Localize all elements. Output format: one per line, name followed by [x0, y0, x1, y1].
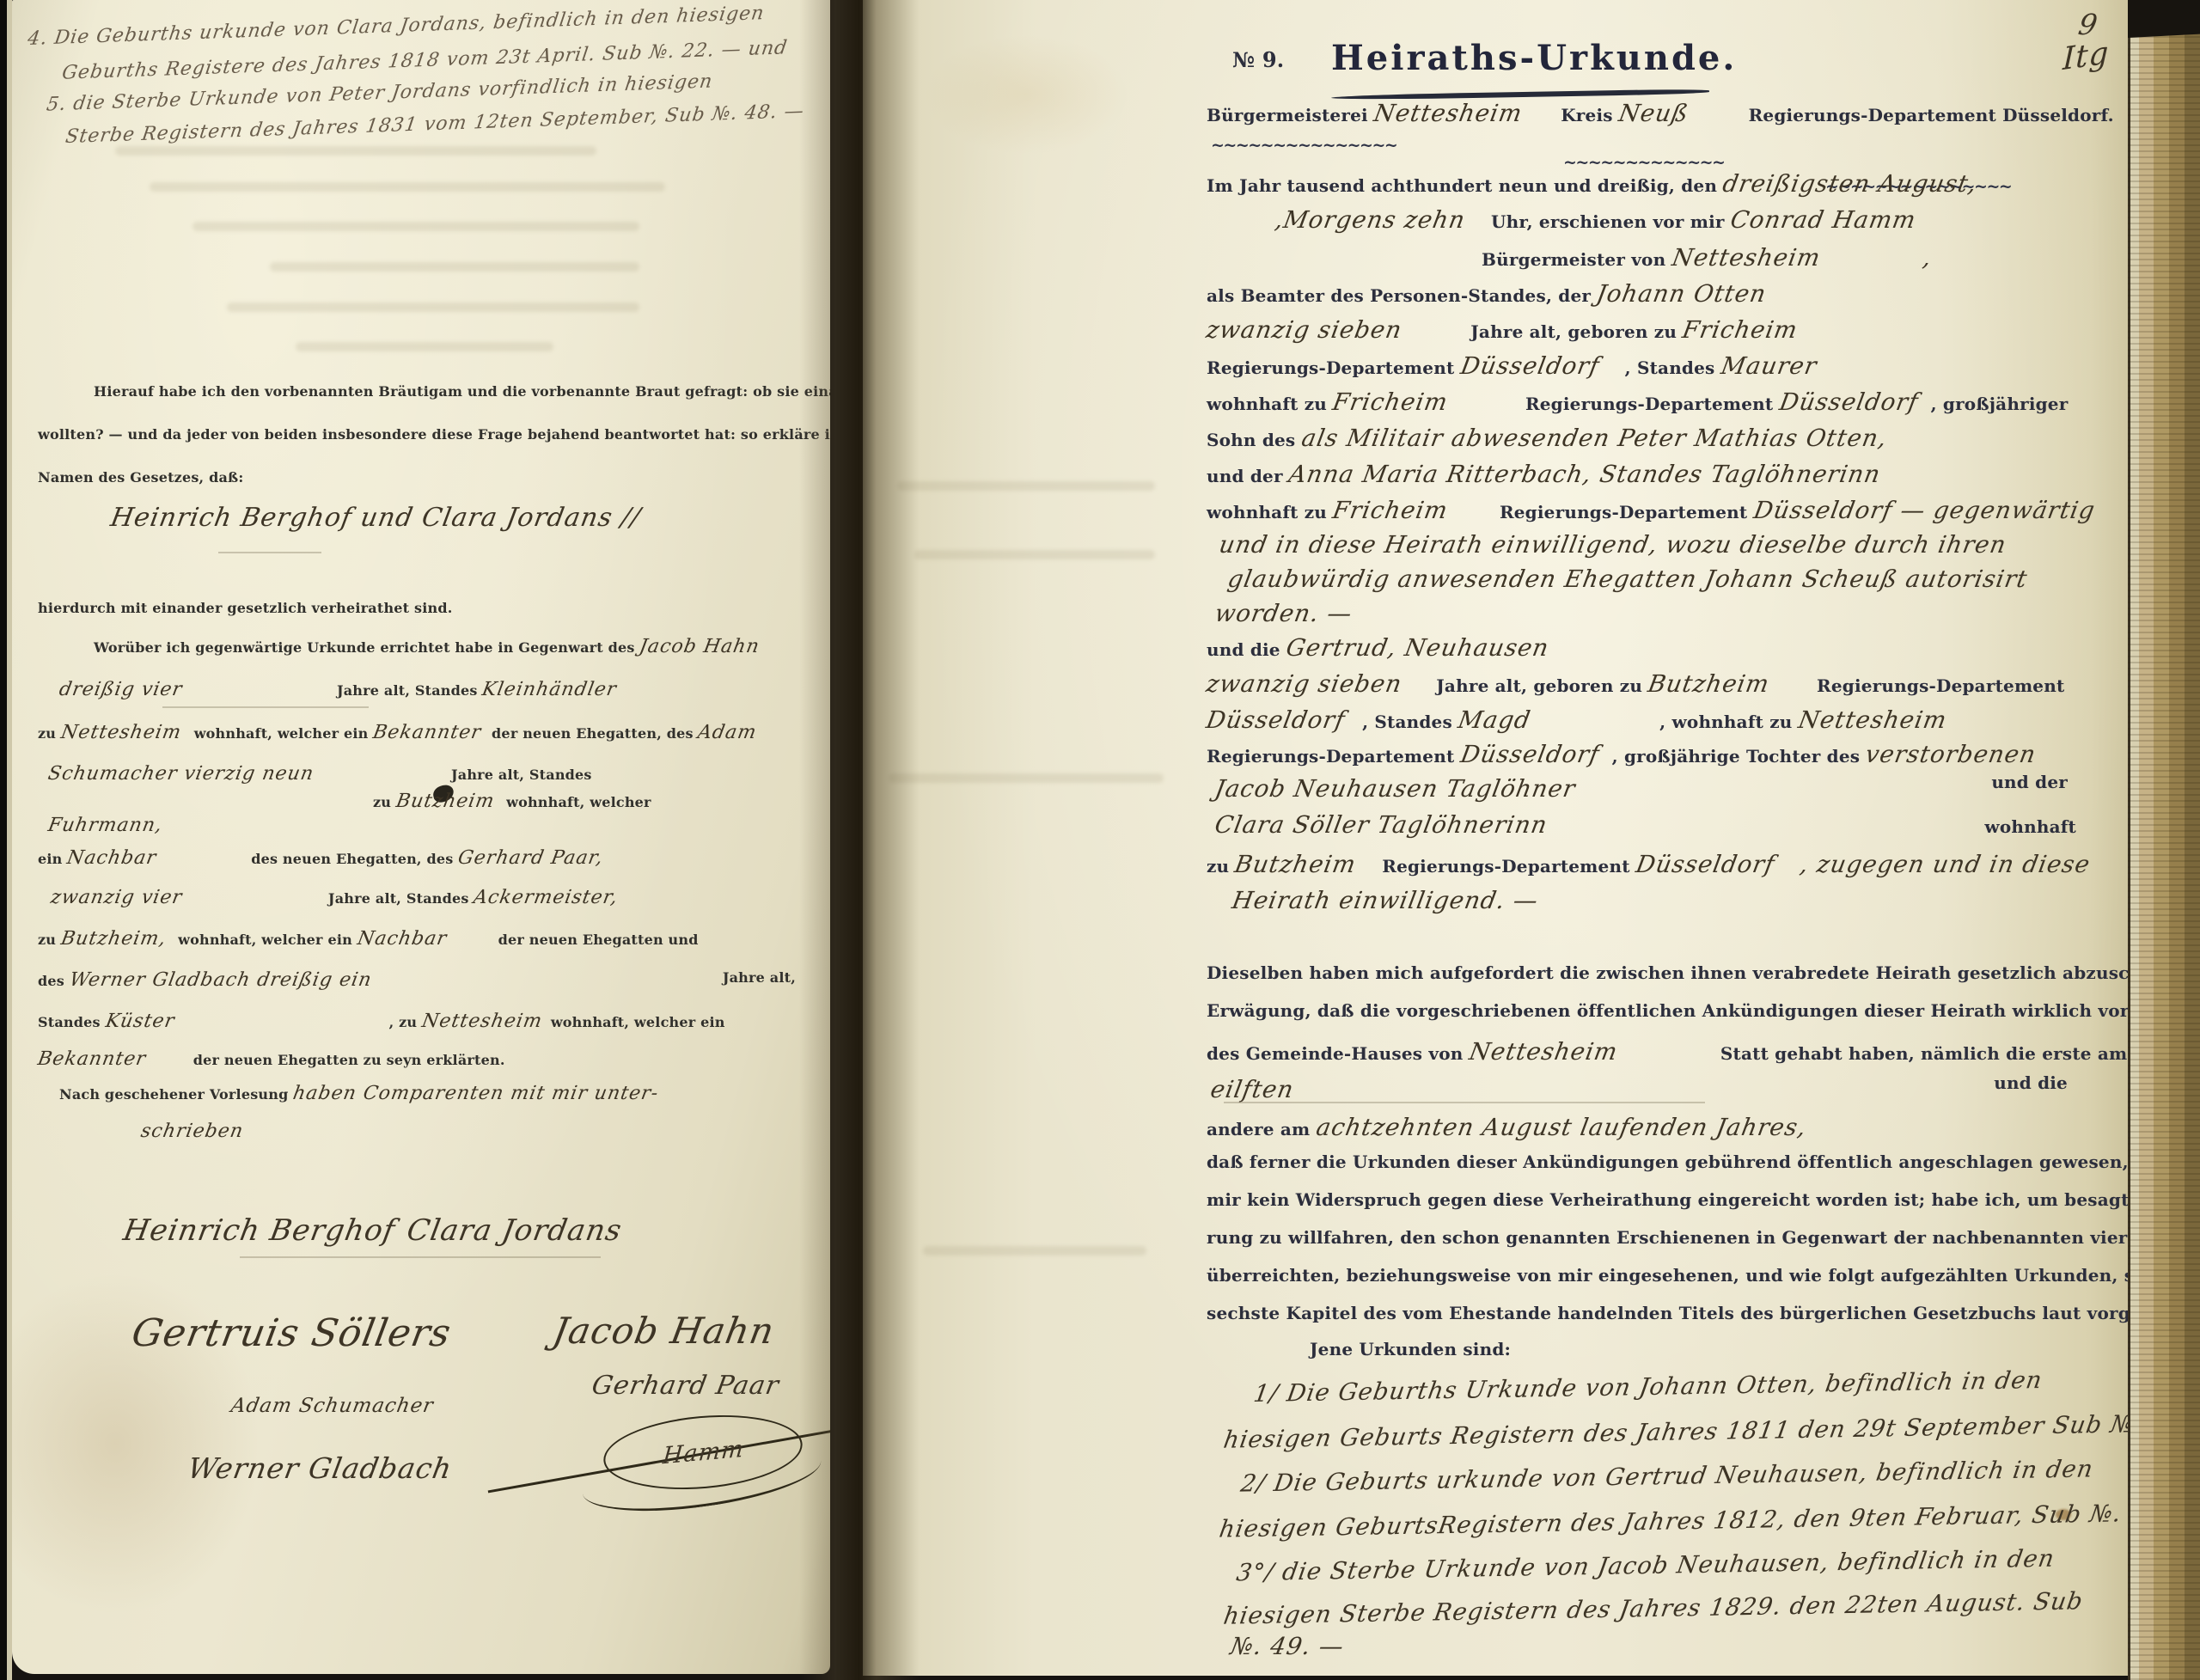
handwritten-text: verstorbenen — [1864, 742, 2038, 767]
printed-text: wohnhaft, welcher ein — [551, 1014, 725, 1030]
document-item: hiesigen Sterbe Registern des Jahres 182… — [1224, 1589, 2083, 1628]
printed-text: Jahre alt, Standes — [451, 767, 592, 783]
handwritten-text: Itg — [2062, 38, 2110, 76]
body-line: überreichten, beziehungsweise von mir ei… — [1207, 1267, 2128, 1284]
body-line: Sohn des als Militair abwesenden Peter M… — [1207, 426, 1886, 450]
signature: Adam Schumacher — [231, 1396, 433, 1416]
witness-line: zwanzig vierJahre alt, Standes Ackermeis… — [51, 889, 618, 907]
body-line: daß ferner die Urkunden dieser Ankündigu… — [1207, 1153, 2128, 1170]
witness-line: Worüber ich gegenwärtige Urkunde erricht… — [94, 638, 760, 657]
handwritten-text: Gertruis Söllers — [129, 1315, 454, 1353]
printed-text: Uhr, erschienen vor mir — [1491, 211, 1731, 232]
handwritten-text: Johann Otten — [1595, 282, 1769, 306]
printed-text: andere am — [1207, 1119, 1317, 1139]
body-line: mir kein Widerspruch gegen diese Verheir… — [1207, 1191, 2128, 1208]
signature: Heinrich BerghofClara Jordans — [124, 1216, 621, 1245]
handwritten-text: Conrad Hamm — [1728, 208, 1917, 232]
printed-text: Heiraths-Urkunde. — [1331, 38, 1737, 78]
handwritten-text: Nettesheim — [1372, 101, 1525, 125]
handwritten-text: zwanzig sieben — [1205, 318, 1404, 342]
printed-text: als Beamter des Personen-Standes, der — [1207, 285, 1597, 306]
printed-text: des — [38, 973, 70, 989]
body-line: Clara Söller Taglöhnerinn — [1215, 813, 1548, 837]
declaration-line: hierdurch mit einander gesetzlich verhei… — [38, 602, 453, 615]
body-line: Düsseldorf, Standes Magd, wohnhaft zu Ne… — [1207, 708, 1946, 732]
printed-text: Namen des Gesetzes, daß: — [38, 469, 244, 486]
wavy-underline-mark: ~~~~~~~~~~~~~~~ — [1211, 136, 1396, 155]
closing-line: Nach geschehener Vorlesung haben Compare… — [59, 1084, 658, 1103]
printed-text: , Standes — [1362, 712, 1458, 732]
printed-text: Statt gehabt haben, nämlich die erste am — [1720, 1043, 2128, 1064]
handwritten-text: Magd — [1457, 708, 1533, 732]
signature: Werner Gladbach — [188, 1454, 452, 1482]
left-page: Hamm 4. Die Geburths urkunde von Clara J… — [12, 0, 830, 1674]
printed-text: der neuen Ehegatten und — [498, 932, 699, 948]
handwritten-text: Maurer — [1719, 354, 1818, 378]
body-line: Bürgermeister von Nettesheim, — [1482, 246, 1932, 270]
witness-line: zu Butzheim,wohnhaft, welcher ein Nachba… — [38, 930, 699, 949]
bleedthrough-mark — [914, 550, 1155, 559]
printed-text: und die — [1994, 1072, 2068, 1093]
handwritten-text: Butzheim — [1647, 672, 1772, 696]
printed-text: Regierungs-Departement — [1207, 746, 1461, 767]
printed-text: Worüber ich gegenwärtige Urkunde erricht… — [94, 639, 639, 656]
witness-line: Bekannterder neuen Ehegatten zu seyn erk… — [38, 1050, 505, 1069]
handwritten-text: Nettesheim — [1796, 708, 1948, 732]
handwritten-text: Butzheim, — [59, 930, 168, 949]
handwritten-text: worden. — — [1213, 602, 1354, 626]
handwritten-text: Butzheim — [394, 792, 496, 811]
handwritten-text: Fricheim — [1331, 498, 1451, 522]
printed-text: wohnhaft, welcher ein — [194, 725, 374, 742]
handwritten-text: und in diese Heirath einwilligend, wozu … — [1218, 533, 2008, 557]
printed-text: Nach geschehener Vorlesung — [59, 1086, 293, 1103]
printed-text: , Standes — [1625, 357, 1721, 378]
printed-text: Regierungs-Departement — [1382, 856, 1636, 877]
handwritten-text: hiesigen Sterbe Registern des Jahres 182… — [1222, 1589, 2085, 1628]
body-line: zu ButzheimRegierungs-Departement Düssel… — [1207, 852, 2090, 877]
handwritten-text: Gerhard Paar, — [456, 849, 605, 868]
body-line: und der Anna Maria Ritterbach, Standes T… — [1207, 462, 1880, 486]
printed-text: Jahre alt, geboren zu — [1470, 321, 1683, 342]
handwritten-text: Adam Schumacher — [229, 1396, 435, 1416]
printed-text: zu — [38, 725, 61, 742]
baseline-rule — [1224, 1102, 1705, 1103]
body-line: zwanzig siebenJahre alt, geboren zu Fric… — [1207, 318, 1798, 342]
printed-text: sechste Kapitel des vom Ehestande handel… — [1207, 1303, 2128, 1323]
printed-text: überreichten, beziehungsweise von mir ei… — [1207, 1265, 2128, 1286]
witness-line: Schumacher vierzig neunJahre alt, Stande… — [48, 765, 592, 784]
handwritten-text: , zugegen und in diese — [1798, 852, 2092, 877]
document-title: Heiraths-Urkunde. — [1331, 41, 1737, 76]
handwritten-text: Kleinhändler — [480, 681, 618, 699]
handwritten-text: dreißigsten August, — [1721, 172, 1979, 196]
handwritten-text: Düsseldorf — [1205, 708, 1347, 732]
body-line: Heirath einwilligend. — — [1232, 889, 1538, 913]
printed-text: wohnhaft zu — [1207, 394, 1333, 414]
printed-text: zu — [373, 794, 396, 810]
body-line: ‚Morgens zehnUhr, erschienen vor mir Con… — [1275, 208, 1916, 232]
printed-text: des Gemeinde-Hauses von — [1207, 1043, 1470, 1064]
handwritten-text: Düsseldorf — [1458, 742, 1601, 767]
handwritten-text: Bekannter — [371, 724, 483, 742]
handwritten-text: Bekannter — [36, 1050, 148, 1069]
wavy-underline-mark: ~~~~~~~~~~~~~ — [1563, 153, 1724, 172]
printed-text: des neuen Ehegatten, des — [251, 851, 458, 867]
printed-text: Jahre alt, geboren zu — [1436, 675, 1648, 696]
bleedthrough-mark — [296, 342, 553, 351]
handwritten-text: Nettesheim — [1467, 1040, 1619, 1064]
handwritten-text: Düsseldorf — [1777, 390, 1920, 414]
printed-text: , zu — [389, 1014, 422, 1030]
printed-text: Standes — [38, 1014, 106, 1030]
witness-line: zu Butzheimwohnhaft, welcher — [373, 792, 651, 811]
printed-text: wohnhaft zu — [1207, 502, 1333, 522]
handwritten-text: zwanzig sieben — [1205, 672, 1404, 696]
signature: Gertruis Söllers — [132, 1315, 450, 1353]
handwritten-text: als Militair abwesenden Peter Mathias Ot… — [1299, 426, 1888, 450]
printed-text: und der — [1207, 466, 1289, 486]
seal-text: Hamm — [661, 1435, 744, 1469]
printed-text: wohnhaft — [1984, 816, 2076, 837]
printed-text: Sohn des — [1207, 430, 1302, 450]
printed-text: Jahre alt, Standes — [328, 890, 474, 907]
printed-text: Jahre alt, Standes — [337, 682, 482, 699]
wavy-mark: ~~~~~~~~~~~~~ — [1563, 153, 1724, 171]
printed-text: Dieselben haben mich aufgefordert die zw… — [1207, 962, 2128, 983]
document-item: hiesigen Geburts Registern des Jahres 18… — [1224, 1411, 2128, 1451]
handwritten-text: Nettesheim — [1670, 246, 1822, 270]
handwritten-text: Jacob Hahn — [638, 638, 761, 657]
printed-text: rung zu willfahren, den schon genannten … — [1207, 1227, 2128, 1248]
body-line: Erwägung, daß die vorgeschriebenen öffen… — [1207, 1002, 2128, 1019]
document-item: 2/ Die Geburts urkunde von Gertrud Neuha… — [1241, 1457, 2093, 1495]
handwritten-text: Düsseldorf — [1458, 354, 1601, 378]
body-line: Regierungs-Departement Düsseldorf, Stand… — [1207, 354, 1817, 378]
handwritten-text: Heirath einwilligend. — — [1231, 889, 1541, 913]
handwritten-text: ‚Morgens zehn — [1274, 208, 1468, 232]
baseline-rule — [240, 1256, 601, 1258]
body-line: und die — [1994, 1074, 2068, 1091]
handwritten-text: eilften — [1209, 1078, 1296, 1102]
printed-text: mir kein Widerspruch gegen diese Verheir… — [1207, 1189, 2128, 1210]
body-line: des Gemeinde-Hauses von NettesheimStatt … — [1207, 1040, 2127, 1064]
body-line: glaubwürdig anwesenden Ehegatten Johann … — [1228, 567, 2027, 591]
printed-text: wollten? — und da jeder von beiden insbe… — [38, 426, 830, 443]
bleedthrough-mark — [192, 222, 639, 231]
book-fore-edge — [2128, 0, 2200, 1680]
body-line: als Beamter des Personen-Standes, der Jo… — [1207, 282, 1766, 306]
handwritten-text: Clara Söller Taglöhnerinn — [1213, 813, 1549, 837]
handwritten-text: 3°/ die Sterbe Urkunde von Jacob Neuhaus… — [1235, 1547, 2056, 1585]
handwritten-text: Heinrich Berghof und Clara Jordans // — [108, 505, 643, 531]
declaration-line: Namen des Gesetzes, daß: — [38, 471, 244, 485]
meta-line: Bürgermeisterei NettesheimKreis NeußRegi… — [1207, 101, 2114, 125]
body-line: eilften — [1211, 1078, 1293, 1102]
witness-line: zu Nettesheimwohnhaft, welcher ein Bekan… — [38, 724, 757, 742]
body-line: und der — [1991, 773, 2068, 791]
printed-text: Regierungs-Departement — [1500, 502, 1754, 522]
handwritten-text: haben Comparenten mit mir unter- — [291, 1084, 660, 1103]
document-item: 1/ Die Geburths Urkunde von Johann Otten… — [1254, 1368, 2043, 1406]
handwritten-text: Ackermeister, — [472, 889, 620, 907]
handwritten-text: Nachbar — [356, 930, 449, 949]
printed-text: wohnhaft, welcher ein — [178, 932, 357, 948]
witness-line: Jahre alt, — [723, 971, 796, 985]
handwritten-text: Nachbar — [65, 849, 158, 868]
handwritten-text: 2/ Die Geburts urkunde von Gertrud Neuha… — [1239, 1457, 2095, 1495]
bleedthrough-mark — [115, 146, 596, 156]
printed-text: und der — [1991, 772, 2068, 792]
witness-line: ein Nachbardes neuen Ehegatten, des Gerh… — [38, 849, 603, 868]
declaration-line: Hierauf habe ich den vorbenannten Bräuti… — [94, 385, 830, 399]
handwritten-text: Fuhrmann, — [46, 816, 164, 835]
bleedthrough-mark — [227, 302, 639, 312]
right-page: № 9.Heiraths-Urkunde.9ItgBürgermeisterei… — [863, 0, 2128, 1676]
document-item: №. 49. — — [1231, 1634, 1344, 1659]
baseline-rule — [162, 706, 369, 708]
handwritten-text: Fricheim — [1331, 390, 1451, 414]
handwritten-text: 9 — [2076, 10, 2100, 39]
handwritten-text: glaubwürdig anwesenden Ehegatten Johann … — [1226, 567, 2030, 591]
handwritten-text: Adam — [697, 724, 759, 742]
handwritten-text: Anna Maria Ritterbach, Standes Taglöhner… — [1286, 462, 1882, 486]
printed-text: zu — [1207, 856, 1235, 877]
handwritten-text: Neuß — [1616, 101, 1690, 125]
printed-text: Regierungs-Departement — [1525, 394, 1780, 414]
body-line: und die Gertrud, Neuhausen — [1207, 636, 1549, 660]
document-item: 3°/ die Sterbe Urkunde von Jacob Neuhaus… — [1237, 1547, 2055, 1585]
body-line: andere am achtzehnten August laufenden J… — [1207, 1115, 1806, 1139]
printed-text: Im Jahr tausend achthundert neun und dre… — [1207, 175, 1723, 196]
handwritten-text: Fricheim — [1681, 318, 1800, 342]
handwritten-text: Jacob Hahn — [550, 1313, 777, 1349]
handwritten-text: zwanzig vier — [49, 889, 184, 907]
printed-text: Regierungs-Departement — [1207, 357, 1461, 378]
spouses-names: Heinrich Berghof und Clara Jordans // — [111, 505, 640, 531]
printed-text: Kreis — [1561, 105, 1619, 125]
book-left-edge — [0, 0, 12, 1680]
handwritten-text: Jacob Neuhausen Taglöhner — [1213, 777, 1578, 801]
handwritten-text: Nettesheim — [420, 1012, 544, 1031]
body-line: und in diese Heirath einwilligend, wozu … — [1219, 533, 2006, 557]
handwritten-text: achtzehnten August laufenden Jahres, — [1314, 1115, 1808, 1139]
bleedthrough-mark — [150, 182, 665, 192]
bleedthrough-mark — [889, 773, 1164, 783]
body-line: wohnhaft zu FricheimRegierungs-Departeme… — [1207, 390, 2068, 414]
handwritten-text: Schumacher vierzig neun — [46, 765, 315, 784]
printed-text: Bürgermeisterei — [1207, 105, 1374, 125]
signature: Gerhard Paar — [592, 1373, 779, 1399]
folio-number: 9 — [2079, 10, 2098, 39]
handwritten-text: Gerhard Paar — [590, 1373, 781, 1399]
handwritten-text: Werner Gladbach dreißig ein — [68, 971, 373, 990]
handwritten-text: dreißig vier — [58, 681, 184, 699]
printed-text: Regierungs-Departement — [1817, 675, 2064, 696]
handwritten-text: №. 49. — — [1229, 1634, 1347, 1659]
printed-text: Erwägung, daß die vorgeschriebenen öffen… — [1207, 1000, 2128, 1021]
printed-text: und die — [1207, 639, 1286, 660]
printed-text: Hierauf habe ich den vorbenannten Bräuti… — [94, 383, 830, 400]
witness-line: dreißig vierJahre alt, Standes Kleinhänd… — [59, 681, 617, 699]
document-item: hiesigen GeburtsRegistern des Jahres 181… — [1219, 1500, 2128, 1541]
body-line: wohnhaft zu FricheimRegierungs-Departeme… — [1207, 498, 2094, 522]
body-line: Regierungs-Departement Düsseldorf, großj… — [1207, 742, 2036, 767]
printed-text: zu — [38, 932, 61, 948]
body-line: Im Jahr tausend achthundert neun und dre… — [1207, 172, 1977, 196]
wavy-mark: ~~~~~~~~~~~~~~~ — [1211, 136, 1396, 154]
body-line: sechste Kapitel des vom Ehestande handel… — [1207, 1304, 2128, 1322]
handwritten-text: 1/ Die Geburths Urkunde von Johann Otten… — [1252, 1368, 2044, 1406]
printed-text: der neuen Ehegatten, des — [492, 725, 698, 742]
body-line: wohnhaft — [1984, 818, 2076, 835]
signature: Jacob Hahn — [553, 1313, 774, 1349]
bleedthrough-mark — [897, 481, 1155, 491]
printed-text: № 9. — [1232, 47, 1284, 72]
printed-text: wohnhaft, welcher — [506, 794, 651, 810]
handwritten-text: Butzheim — [1233, 852, 1359, 877]
printed-text: ein — [38, 851, 67, 867]
handwritten-text: hiesigen GeburtsRegistern des Jahres 181… — [1218, 1500, 2128, 1541]
printed-text: Regierungs-Departement Düsseldorf. — [1749, 105, 2114, 125]
body-line: Jene Urkunden sind: — [1310, 1341, 1511, 1358]
printed-text: daß ferner die Urkunden dieser Ankündigu… — [1207, 1152, 2128, 1172]
printed-text: Jene Urkunden sind: — [1310, 1339, 1511, 1359]
handwritten-text: Düsseldorf — [1634, 852, 1776, 877]
witness-line: Fuhrmann, — [48, 816, 162, 835]
handwritten-text: Werner Gladbach — [186, 1454, 455, 1482]
handwritten-text: Heinrich Berghof — [121, 1216, 397, 1245]
handwritten-text: Düsseldorf — gegenwärtig — [1751, 498, 2097, 522]
folio-paraph: Itg — [2061, 38, 2111, 75]
bleedthrough-mark — [923, 1246, 1146, 1255]
printed-text: hierdurch mit einander gesetzlich verhei… — [38, 600, 453, 616]
baseline-rule — [218, 552, 321, 553]
declaration-line: wollten? — und da jeder von beiden insbe… — [38, 428, 830, 442]
handwritten-text: Gertrud, Neuhausen — [1284, 636, 1550, 660]
body-line: worden. — — [1215, 602, 1352, 626]
paper-stain — [923, 34, 1129, 155]
closing-line: schrieben — [141, 1122, 243, 1141]
body-line: zwanzig siebenJahre alt, geboren zu Butz… — [1207, 672, 2064, 696]
handwritten-text: hiesigen Geburts Registern des Jahres 18… — [1222, 1411, 2128, 1451]
printed-text: der neuen Ehegatten zu seyn erklärten. — [193, 1052, 505, 1068]
registrar-seal-signature: Hamm — [601, 1408, 805, 1497]
witness-line: des Werner Gladbach dreißig ein — [38, 971, 371, 990]
printed-text: Jahre alt, — [723, 969, 796, 986]
printed-text: Bürgermeister von — [1482, 249, 1672, 270]
printed-text: , großjährige Tochter des — [1612, 746, 1867, 767]
printed-text: , großjähriger — [1931, 394, 2069, 414]
witness-line: Standes Küster, zu Nettesheimwohnhaft, w… — [38, 1012, 725, 1031]
bleedthrough-mark — [270, 262, 639, 272]
handwritten-text: , — [1921, 246, 1934, 270]
body-line: Jacob Neuhausen Taglöhner — [1215, 777, 1575, 801]
record-number: № 9. — [1232, 50, 1284, 70]
printed-text: , wohnhaft zu — [1659, 712, 1799, 732]
handwritten-text: Clara Jordans — [405, 1216, 624, 1245]
body-line: Dieselben haben mich aufgefordert die zw… — [1207, 964, 2128, 981]
handwritten-text: schrieben — [139, 1122, 245, 1141]
body-line: rung zu willfahren, den schon genannten … — [1207, 1229, 2128, 1246]
handwritten-text: Nettesheim — [59, 724, 183, 742]
handwritten-text: Küster — [104, 1012, 176, 1031]
